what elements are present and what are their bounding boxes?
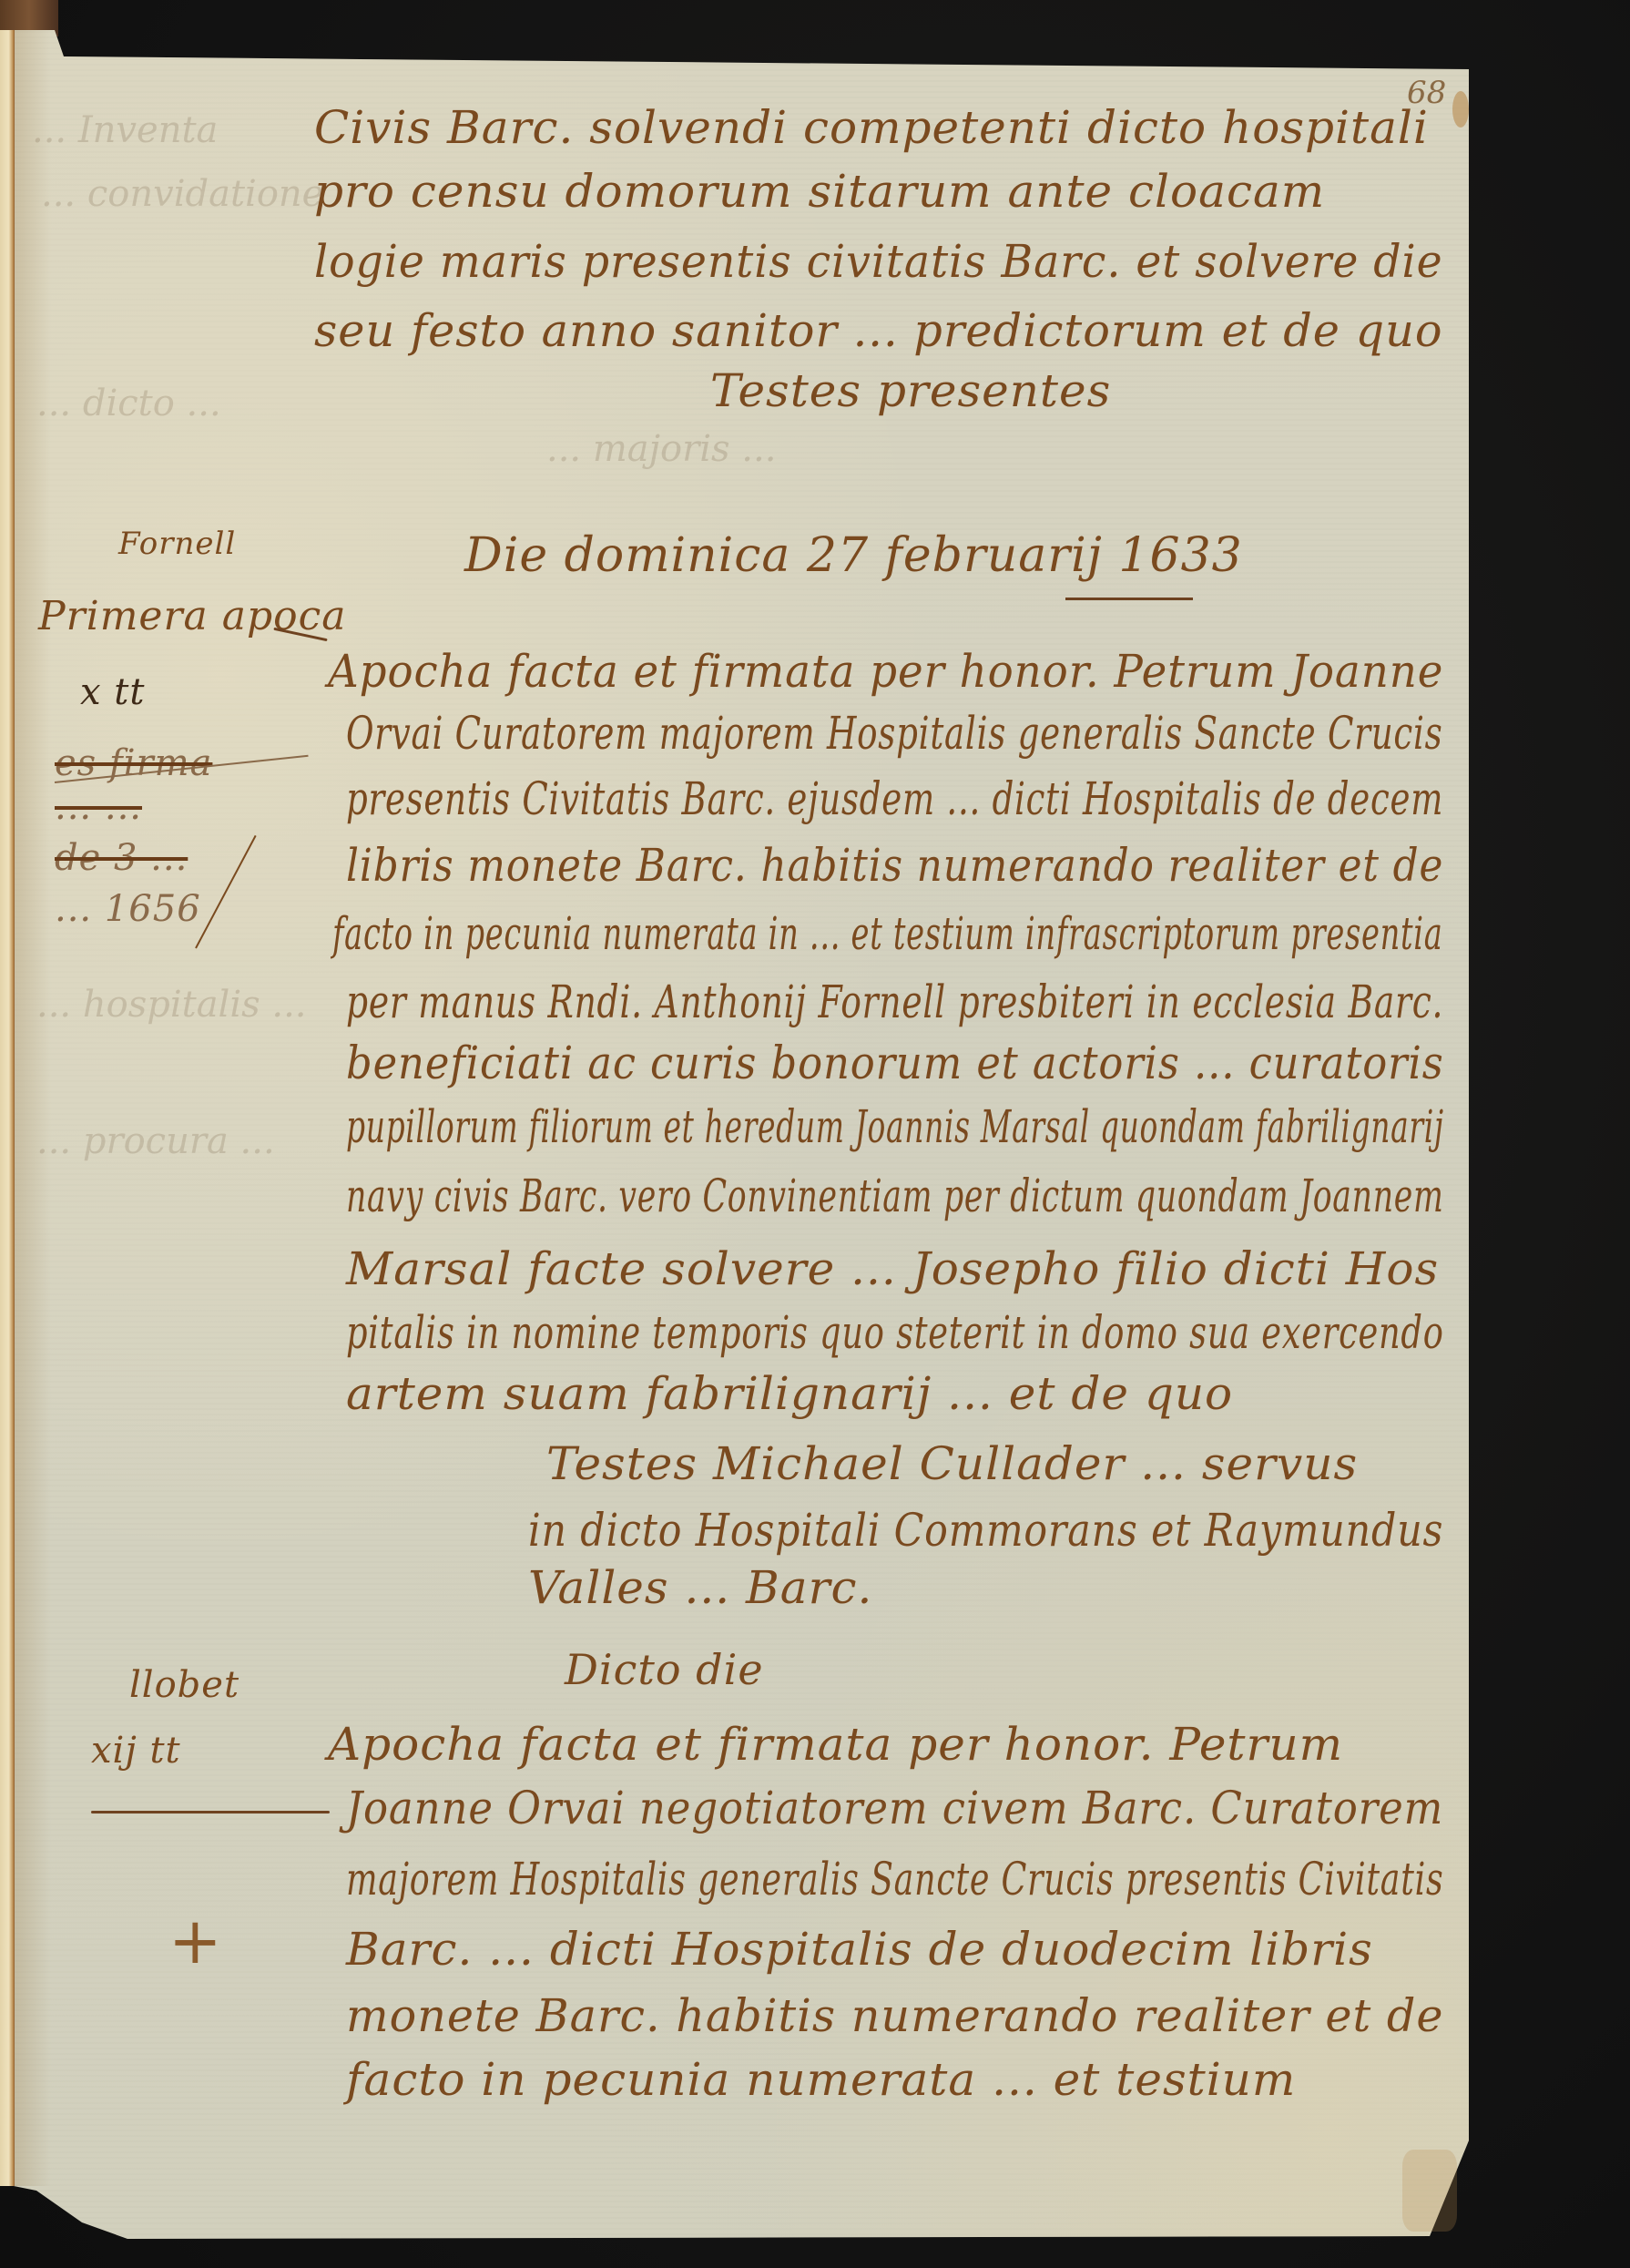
witness-line: in dicto Hospitali Commorans et Raymundu… [528, 1507, 1443, 1553]
text-line: logie maris presentis civitatis Barc. et… [314, 239, 1443, 284]
bleed-through-text: ... majoris ... [546, 428, 776, 470]
witness-line: Valles ... Barc. [528, 1565, 872, 1610]
text-line: beneficiati ac curis bonorum et actoris … [346, 1040, 1444, 1086]
margin-crossed-line: ... 1656 [55, 891, 201, 927]
entry-heading: Dicto die [565, 1649, 764, 1691]
text-line: pro censu domorum sitarum ante cloacam [314, 169, 1325, 214]
margin-crossed-line: ... ... [55, 789, 142, 825]
testes-line: Testes presentes [710, 368, 1111, 414]
bleed-through-text: ... procura ... [36, 1120, 275, 1162]
text-line: seu festo anno sanitor ... predictorum e… [314, 308, 1443, 353]
margin-title: Primera apoca [38, 597, 347, 637]
bleed-through-text: ... convidatione [41, 173, 323, 215]
text-line: presentis Civitatis Barc. ejusdem ... di… [346, 776, 1443, 822]
margin-amount: x tt [80, 674, 145, 710]
text-line: per manus Rndi. Anthonij Fornell presbit… [346, 979, 1443, 1025]
text-line: navy civis Barc. vero Convinentiam per d… [346, 1173, 1444, 1219]
bleed-through-text: ... Inventa [32, 109, 218, 151]
adjacent-page-edge [0, 30, 15, 2186]
text-line: pitalis in nomine temporis quo steterit … [346, 1310, 1444, 1355]
text-line: Joanne Orvai negotiatorem civem Barc. Cu… [346, 1785, 1443, 1831]
cross-mark: + [168, 1904, 222, 1978]
margin-name: Fornell [118, 528, 236, 559]
paper-stain [1452, 91, 1469, 128]
year-underline [1065, 598, 1193, 600]
text-line: facto in pecunia numerata ... et testium [346, 2057, 1296, 2102]
text-line: libris monete Barc. habitis numerando re… [346, 843, 1443, 888]
text-line: facto in pecunia numerata in ... et test… [332, 911, 1443, 956]
entry-heading: Die dominica 27 februarij 1633 [464, 532, 1243, 579]
bleed-through-text: ... dicto ... [36, 383, 221, 424]
paper-fold-corner [1402, 2150, 1457, 2232]
text-line: Orvai Curatorem majorem Hospitalis gener… [346, 710, 1442, 756]
gutter-shadow [15, 30, 51, 2186]
text-line: Apocha facta et firmata per honor. Petru… [328, 649, 1443, 694]
witness-line: Testes Michael Cullader ... servus [546, 1441, 1358, 1486]
text-line: Apocha facta et firmata per honor. Petru… [328, 1721, 1343, 1767]
text-line: pupillorum filiorum et heredum Joannis M… [346, 1104, 1444, 1149]
text-line: Barc. ... dicti Hospitalis de duodecim l… [346, 1926, 1373, 1972]
bleed-through-text: ... hospitalis ... [36, 984, 307, 1026]
margin-rule [91, 1811, 330, 1813]
text-line: artem suam fabrilignarij ... et de quo [346, 1371, 1233, 1416]
text-line: Marsal facte solvere ... Josepho filio d… [346, 1246, 1439, 1292]
text-line: majorem Hospitalis generalis Sancte Cruc… [346, 1856, 1443, 1902]
margin-amount: xij tt [91, 1732, 181, 1769]
margin-crossed-line: es firma [55, 745, 212, 782]
margin-crossed-line: de 3 ... [55, 840, 188, 876]
text-line: Civis Barc. solvendi competenti dicto ho… [314, 105, 1429, 150]
text-line: monete Barc. habitis numerando realiter … [346, 1993, 1443, 2038]
margin-name: llobet [129, 1667, 239, 1703]
